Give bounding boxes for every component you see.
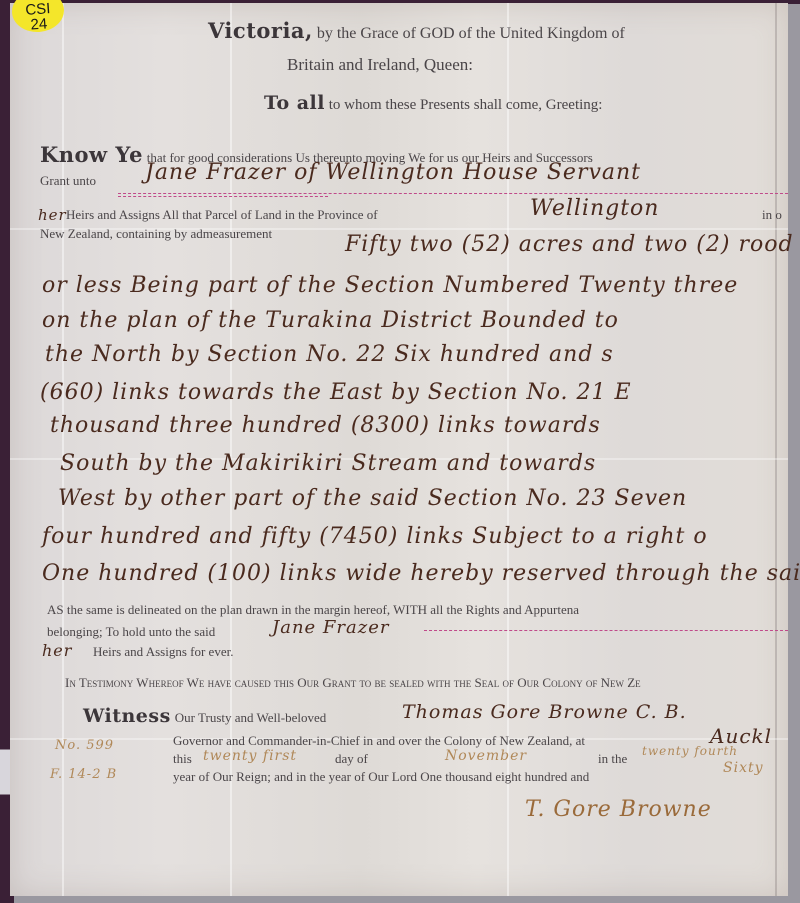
header-line2: Britain and Ireland, Queen: [287, 55, 473, 75]
margin-number: No. 599 [55, 738, 114, 753]
description-line: Fifty two (52) acres and two (2) rood [345, 232, 794, 257]
month-handwritten: November [445, 748, 527, 764]
description-line: thousand three hundred (8300) links towa… [50, 413, 601, 438]
province-handwritten: Wellington [530, 196, 659, 221]
header-line1-text: by the Grace of GOD of the United Kingdo… [317, 25, 625, 42]
crown-grant-document [10, 3, 788, 896]
year-handwritten: Sixty [723, 760, 764, 776]
to-all-gothic: To all [264, 92, 325, 114]
header-line3: To all to whom these Presents shall come… [264, 92, 602, 114]
governor-signature: T. Gore Browne [525, 797, 712, 822]
grant-unto-label: Grant unto [40, 173, 96, 189]
grantee-handwritten: Jane Frazer of Wellington House Servant [145, 160, 641, 185]
witness-line3-in-the: in the [598, 751, 627, 767]
victoria-gothic: Victoria, [208, 18, 313, 43]
day-handwritten: twenty first [203, 748, 297, 764]
grantee-rule-2 [118, 196, 328, 197]
description-line: or less Being part of the Section Number… [42, 273, 738, 298]
witness-line3-this: this [173, 751, 192, 767]
heirs-prefix-handwritten: her [38, 206, 67, 224]
header-line1: Victoria, by the Grace of GOD of the Uni… [208, 18, 625, 43]
holder-rule [424, 630, 788, 631]
description-line: One hundred (100) links wide hereby rese… [42, 561, 800, 586]
heirs-text: Heirs and Assigns All that Parcel of Lan… [66, 207, 378, 223]
as-delineated-text: AS the same is delineated on the plan dr… [47, 602, 579, 618]
description-line: (660) links towards the East by Section … [40, 380, 632, 405]
nz-admeasurement-text: New Zealand, containing by admeasurement [40, 226, 272, 242]
governor-handwritten: Thomas Gore Browne C. B. [402, 701, 687, 723]
regnal-year-handwritten: twenty fourth [642, 744, 738, 758]
margin-folio: F. 14-2 B [50, 767, 117, 782]
witness-line3-day-of: day of [335, 751, 368, 767]
witness-line1-text: Our Trusty and Well-beloved [175, 710, 326, 725]
heirs-forever-text: Heirs and Assigns for ever. [93, 644, 233, 660]
in-of-text: in o [762, 207, 782, 223]
her-handwritten: her [42, 641, 72, 660]
description-line: South by the Makirikiri Stream and towar… [60, 451, 596, 476]
grantee-rule [118, 193, 788, 194]
witness-line1: Witness Our Trusty and Well-beloved [83, 705, 326, 727]
witness-line4: year of Our Reign; and in the year of Ou… [173, 769, 589, 785]
description-line: the North by Section No. 22 Six hundred … [45, 342, 614, 367]
witness-line2: Governor and Commander-in-Chief in and o… [173, 733, 585, 749]
witness-gothic: Witness [83, 705, 171, 727]
belonging-text: belonging; To hold unto the said [47, 624, 215, 640]
description-line: West by other part of the said Section N… [58, 486, 687, 511]
description-line: four hundred and fifty (7450) links Subj… [42, 524, 708, 549]
description-line: on the plan of the Turakina District Bou… [42, 308, 619, 333]
fold-line [775, 3, 777, 896]
testimony-text: In Testimony Whereof We have caused this… [65, 675, 641, 691]
know-ye-gothic: Know Ye [40, 142, 143, 167]
header-line3-text: to whom these Presents shall come, Greet… [329, 97, 603, 113]
catalog-sticker: CSI 24 [11, 0, 66, 34]
fold-line [62, 3, 64, 896]
holder-handwritten: Jane Frazer [272, 617, 389, 638]
